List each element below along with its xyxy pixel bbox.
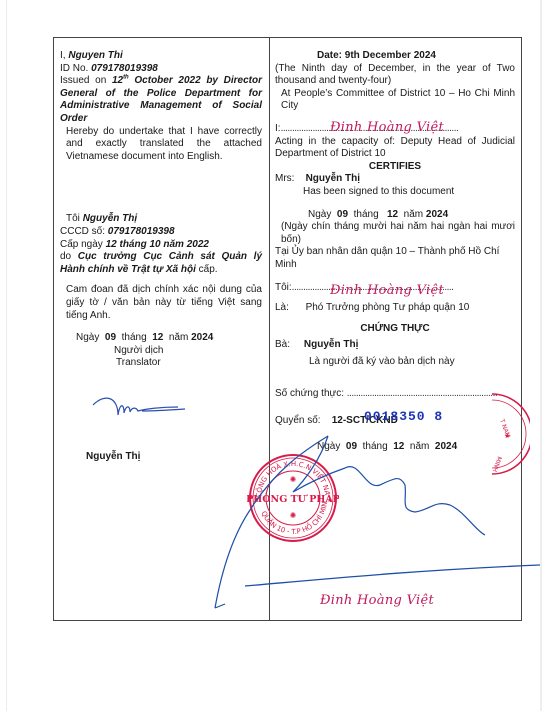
- mrs-line: Mrs: Nguyễn Thị: [275, 173, 515, 186]
- prefix-text: I,: [60, 50, 66, 61]
- role-vi: Người dịch: [60, 345, 262, 358]
- role-en: Translator: [60, 357, 262, 370]
- issued-prefix-vi: Cấp ngày: [60, 239, 103, 250]
- mrs-name: Nguyễn Thị: [306, 173, 360, 184]
- date-nam-vi: năm: [404, 209, 423, 220]
- cert-number-stamp: 0018350 8: [364, 409, 443, 424]
- translator-intro-en: I, Nguyen Thi: [60, 50, 262, 63]
- book-label: Quyển số:: [275, 415, 321, 426]
- date-year: 2024: [191, 332, 213, 343]
- sign-year: 2024: [435, 441, 457, 452]
- ba-line: Bà: Nguyễn Thị: [275, 339, 515, 352]
- date-ngay: Ngày: [76, 332, 99, 343]
- official-name-stamp-en: Đinh Hoàng Việt: [330, 120, 444, 135]
- date-words-vi: (Ngày chín tháng mười hai năm hai ngàn h…: [275, 221, 515, 246]
- signed-note-en: Has been signed to this document: [275, 186, 515, 199]
- translator-intro-vi: Tôi Nguyễn Thị: [60, 213, 262, 226]
- id-number-vi: 079178019398: [108, 226, 175, 237]
- pledge-vi: Cam đoan đã dịch chính xác nội dung của …: [60, 284, 262, 322]
- la-label: Là:: [275, 302, 289, 313]
- translator-name-en: Nguyen Thi: [68, 50, 122, 61]
- ba-name: Nguyễn Thị: [304, 339, 358, 350]
- ba-label: Bà:: [275, 339, 290, 350]
- date-heading-en: Date: 9th December 2024: [275, 50, 515, 63]
- date-nam: năm: [169, 332, 188, 343]
- sign-nam: năm: [410, 441, 429, 452]
- sign-ngay: Ngày: [317, 441, 340, 452]
- id-number: 079178019398: [91, 63, 158, 74]
- issued-day-suffix: th: [123, 75, 129, 81]
- date-ngay-vi: Ngày: [308, 209, 331, 220]
- date-day-vi: 09: [337, 209, 348, 220]
- date-day: 09: [105, 332, 116, 343]
- date-year-vi: 2024: [426, 209, 448, 220]
- issuer-suffix: cấp.: [199, 264, 218, 275]
- date-thang-vi: tháng: [354, 209, 379, 220]
- id-label-vi: CCCD số:: [60, 226, 105, 237]
- issued-day: 12: [112, 75, 123, 86]
- issuer-line-vi: do Cục trưởng Cục Cảnh sát Quản lý Hành …: [60, 251, 262, 276]
- date-month: 12: [152, 332, 163, 343]
- date-thang: tháng: [122, 332, 147, 343]
- certification-column: Date: 9th December 2024 (The Ninth day o…: [275, 50, 515, 453]
- translator-column: I, Nguyen Thi ID No. 079178019398 Issued…: [60, 50, 262, 370]
- issued-line-vi: Cấp ngày 12 tháng 10 năm 2022: [60, 239, 262, 252]
- chung-thuc-heading: CHỨNG THỰC: [275, 323, 515, 336]
- toi-label: Tôi:: [275, 282, 292, 293]
- position-vi: Phó Trưởng phòng Tư pháp quận 10: [306, 302, 470, 313]
- issuer-vi: Cục trưởng Cục Cảnh sát Quản lý Hành chí…: [60, 251, 262, 275]
- issued-date-vi: 12 tháng 10 năm 2022: [106, 239, 209, 250]
- date-words-en: (The Ninth day of December, in the year …: [275, 63, 515, 88]
- date-line-vi: Ngày 09 tháng 12 năm 2024: [275, 209, 515, 222]
- official-name-stamp-footer: Đinh Hoàng Việt: [320, 593, 434, 608]
- scan-edge-left: [6, 0, 7, 711]
- place-vi: Tại Ủy ban nhân dân quận 10 – Thành phố …: [275, 246, 515, 271]
- cert-number-label: Số chứng thực:: [275, 388, 344, 399]
- sign-day: 09: [346, 441, 357, 452]
- translator-printed-name: Nguyễn Thị: [86, 451, 140, 464]
- id-label: ID No.: [60, 63, 88, 74]
- signer-note-vi: Là người đã ký vào bản dịch này: [275, 356, 515, 369]
- sign-thang: tháng: [363, 441, 388, 452]
- scan-edge-right: [540, 0, 542, 711]
- sign-date-vi: Ngày 09 tháng 12 năm 2024: [275, 441, 515, 454]
- undertaking-en: Hereby do undertake that I have correctl…: [60, 126, 262, 164]
- place-en: At People’s Committee of District 10 – H…: [275, 88, 515, 113]
- mrs-label: Mrs:: [275, 173, 294, 184]
- issued-prefix: Issued on: [60, 75, 106, 86]
- id-line-en: ID No. 079178019398: [60, 63, 262, 76]
- translation-date: Ngày 09 tháng 12 năm 2024: [60, 332, 262, 345]
- position-line-vi: Là: Phó Trưởng phòng Tư pháp quận 10: [275, 302, 515, 315]
- cert-number-line: Số chứng thực: .........................…: [275, 388, 515, 401]
- id-line-vi: CCCD số: 079178019398: [60, 226, 262, 239]
- date-month-vi: 12: [387, 209, 398, 220]
- column-divider: [269, 37, 270, 621]
- issued-line-en: Issued on 12th October 2022 by Director …: [60, 75, 262, 125]
- prefix-text-vi: Tôi: [66, 213, 80, 224]
- translator-name-vi: Nguyễn Thị: [83, 213, 137, 224]
- issuer-prefix: do: [60, 251, 71, 262]
- certifies-heading: CERTIFIES: [275, 161, 515, 174]
- sign-month: 12: [393, 441, 404, 452]
- official-name-stamp-vi: Đinh Hoàng Việt: [330, 283, 444, 298]
- capacity-en: Acting in the capacity of: Deputy Head o…: [275, 136, 515, 161]
